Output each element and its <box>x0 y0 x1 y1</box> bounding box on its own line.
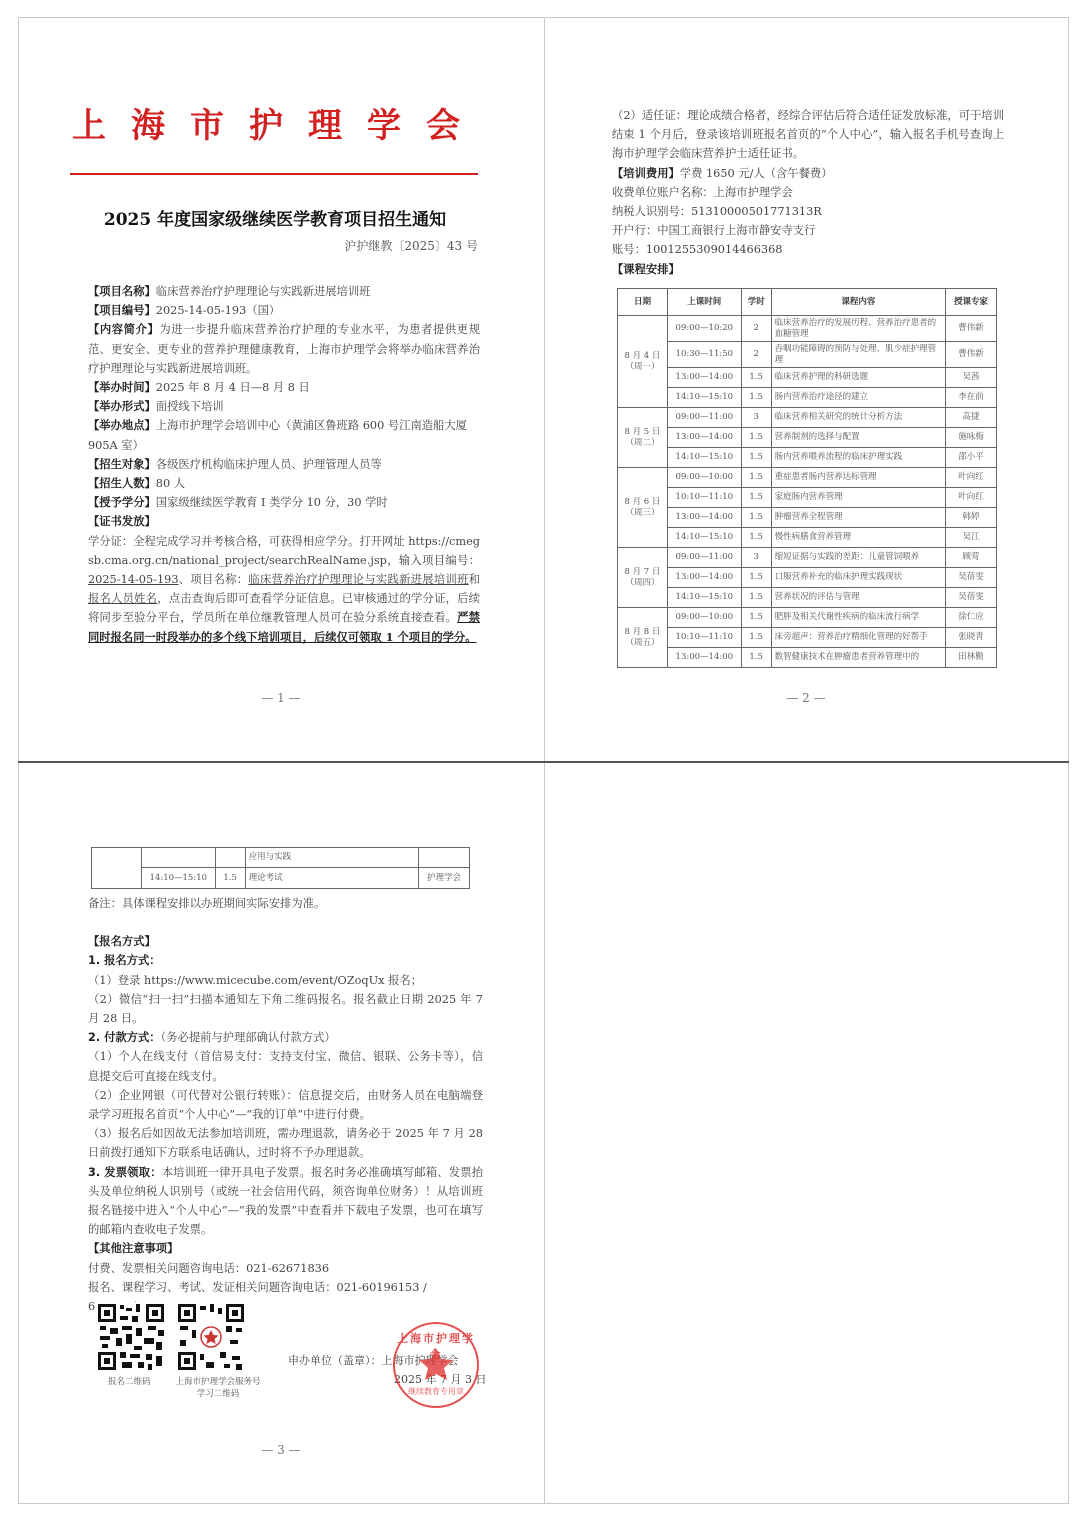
header-date: 日期 <box>618 289 668 316</box>
time-cell: 13:00—14:00 <box>667 368 741 388</box>
expert-cell: 吴蓓雯 <box>946 568 997 588</box>
content-cell: 临床营养治疗的发展历程、营养治疗患者的血糖管理 <box>771 316 945 342</box>
field-format: 【举办形式】面授线下培训 <box>88 397 480 416</box>
content-cell: 营养状况的评估与管理 <box>771 588 945 608</box>
registration-item-1: （1）登录 https://www.micecube.com/event/OZo… <box>88 971 483 990</box>
qr2-caption: 上海市护理学会服务号学习二维码 <box>172 1376 264 1400</box>
hours-cell: 1.5 <box>741 468 771 488</box>
time-cell: 13:00—14:00 <box>667 568 741 588</box>
time-cell: 09:00—10:00 <box>667 468 741 488</box>
registration-method-title: 1. 报名方式： <box>88 951 483 970</box>
expert-cell: 曹伟新 <box>946 316 997 342</box>
content-cell: 肠内营养治疗途径的建立 <box>771 388 945 408</box>
time-cell: 09:00—10:20 <box>667 316 741 342</box>
time-cell: 10:30—11:50 <box>667 342 741 368</box>
expert-cell: 顾莺 <box>946 548 997 568</box>
content-cell: 家庭肠内营养管理 <box>771 488 945 508</box>
training-fee: 【培训费用】学费 1650 元/人（含午餐费） <box>612 164 1004 183</box>
header-hours: 学时 <box>741 289 771 316</box>
document-title: 2025 年度国家级继续医学教育项目招生通知 <box>60 205 490 230</box>
account-number: 账号：1001255309014466368 <box>612 240 1004 259</box>
time-cell: 14:10—15:10 <box>667 448 741 468</box>
content-cell: 吞咽功能障碍的预防与处理、肌少症护理管理 <box>771 342 945 368</box>
time-cell: 13:00—14:00 <box>667 428 741 448</box>
payment-item-1: （1）个人在线支付（首信易支付：支持支付宝、微信、银联、公务卡等），信息提交后可… <box>88 1047 483 1085</box>
page2-info: （2）适任证：理论成绩合格者，经综合评估后符合适任证发放标准，可于培训结束 1 … <box>612 106 1004 279</box>
table-row: 10:30—11:502吞咽功能障碍的预防与处理、肌少症护理管理曹伟新 <box>618 342 997 368</box>
page-4-blank <box>544 762 1069 1504</box>
registration-qr-code[interactable] <box>96 1302 166 1372</box>
field-intro: 【内容简介】为进一步提升临床营养治疗护理的专业水平，为患者提供更规范、更安全、更… <box>88 320 480 378</box>
page-number-2: — 2 — <box>756 691 856 705</box>
content-cell: 缩短证据与实践的差距：儿童管饲喂养 <box>771 548 945 568</box>
table-row: 14:10—15:101.5慢性病膳食营养管理吴江 <box>618 528 997 548</box>
page3-text: 备注：具体课程安排以办班期间实际安排为准。 【报名方式】 1. 报名方式： （1… <box>88 894 483 1316</box>
hours-cell: 1.5 <box>741 528 771 548</box>
expert-cell: 邵小平 <box>946 448 997 468</box>
date-cell: 8 月 4 日（周一） <box>618 316 668 408</box>
table-row: 13:00—14:001.5营养制剂的选择与配置施咏梅 <box>618 428 997 448</box>
table-row: 14:10—15:101.5肠内营养喂养流程的临床护理实践邵小平 <box>618 448 997 468</box>
hours-cell: 1.5 <box>741 448 771 468</box>
expert-cell: 韩婷 <box>946 508 997 528</box>
expert-cell: 施咏梅 <box>946 428 997 448</box>
time-cell: 13:00—14:00 <box>667 648 741 668</box>
hours-cell: 1.5 <box>741 628 771 648</box>
schedule-note: 备注：具体课程安排以办班期间实际安排为准。 <box>88 894 483 913</box>
time-cell: 09:00—11:00 <box>667 408 741 428</box>
content-cell: 慢性病膳食营养管理 <box>771 528 945 548</box>
page-row-divider <box>18 761 1069 763</box>
hours-cell: 1.5 <box>741 568 771 588</box>
certificate-text: 学分证：全程完成学习并考核合格，可获得相应学分。打开网址 https://cme… <box>88 532 480 647</box>
expert-cell: 张晓青 <box>946 628 997 648</box>
field-credits: 【授予学分】国家级继续医学教育 I 类学分 10 分，30 学时 <box>88 493 480 512</box>
expert-cell: 高捷 <box>946 408 997 428</box>
seal-top-text: 上海市护理学会 <box>395 1330 477 1362</box>
table-row: 8 月 8 日（周五）09:00—10:001.5肥胖及相关代谢性疾病的临床流行… <box>618 608 997 628</box>
expert-cell: 吴蓓雯 <box>946 588 997 608</box>
expert-cell: 田林勤 <box>946 648 997 668</box>
time-cell: 09:00—10:00 <box>667 608 741 628</box>
header-time: 上课时间 <box>667 289 741 316</box>
hours-cell: 1.5 <box>741 588 771 608</box>
content-cell: 临床营养护理的科研选题 <box>771 368 945 388</box>
hours-cell: 1.5 <box>741 608 771 628</box>
hours-cell: 1.5 <box>741 648 771 668</box>
official-seal: 上海市护理学会 继续教育专用章 <box>393 1322 479 1408</box>
content-cell: 肥胖及相关代谢性疾病的临床流行病学 <box>771 608 945 628</box>
time-cell: 14:10—15:10 <box>667 588 741 608</box>
project-fields: 【项目名称】临床营养治疗护理理论与实践新进展培训班 【项目编号】2025-14-… <box>88 282 480 647</box>
hours-cell: 1.5 <box>741 388 771 408</box>
content-cell: 床旁超声：营养治疗精细化管理的好帮手 <box>771 628 945 648</box>
date-cell: 8 月 8 日（周五） <box>618 608 668 668</box>
field-certificate: 【证书发放】 <box>88 512 480 531</box>
hours-cell: 1.5 <box>741 368 771 388</box>
field-location: 【举办地点】上海市护理学会培训中心（黄浦区鲁班路 600 号江南造船大厦 905… <box>88 416 480 454</box>
expert-cell: 吴江 <box>946 528 997 548</box>
expert-cell: 吴茜 <box>946 368 997 388</box>
document-number: 沪护继教〔2025〕43 号 <box>290 237 478 254</box>
time-cell: 14:10—15:10 <box>667 388 741 408</box>
table-row: 8 月 6 日（周三）09:00—10:001.5重症患者肠内营养达标管理叶向红 <box>618 468 997 488</box>
time-cell: 13:00—14:00 <box>667 508 741 528</box>
service-account-qr-code[interactable] <box>176 1302 246 1372</box>
expert-cell: 叶向红 <box>946 468 997 488</box>
content-cell: 重症患者肠内营养达标管理 <box>771 468 945 488</box>
expert-cell: 叶向红 <box>946 488 997 508</box>
field-time: 【举办时间】2025 年 8 月 4 日—8 月 8 日 <box>88 378 480 397</box>
hours-cell: 2 <box>741 342 771 368</box>
table-row: 14:10—15:10 1.5 理论考试 护理学会 <box>92 868 470 889</box>
time-cell: 14:10—15:10 <box>667 528 741 548</box>
table-row: 14:10—15:101.5肠内营养治疗途径的建立李在前 <box>618 388 997 408</box>
expert-cell: 徐仁应 <box>946 608 997 628</box>
other-notes-heading: 【其他注意事项】 <box>88 1239 483 1258</box>
invoice-section: 3. 发票领取：本培训班一律开具电子发票。报名时务必准确填写邮箱、发票抬头及单位… <box>88 1163 483 1240</box>
content-cell: 临床营养相关研究的统计分析方法 <box>771 408 945 428</box>
payment-method-title: 2. 付款方式：（务必提前与护理部确认付款方式） <box>88 1028 483 1047</box>
time-cell: 10:10—11:10 <box>667 628 741 648</box>
payment-item-3: （3）报名后如因故无法参加培训班，需办理退款，请务必于 2025 年 7 月 2… <box>88 1124 483 1162</box>
course-schedule-table-continued: 应用与实践 14:10—15:10 1.5 理论考试 护理学会 <box>91 847 470 889</box>
bank: 开户行：中国工商银行上海市静安寺支行 <box>612 221 1004 240</box>
hours-cell: 3 <box>741 548 771 568</box>
registration-item-2: （2）微信“扫一扫”扫描本通知左下角二维码报名。报名截止日期 2025 年 7 … <box>88 990 483 1028</box>
content-cell: 口服营养补充的临床护理实践现状 <box>771 568 945 588</box>
table-row: 13:00—14:001.5肿瘤营养全程管理韩婷 <box>618 508 997 528</box>
date-cell: 8 月 6 日（周三） <box>618 468 668 548</box>
expert-cell: 李在前 <box>946 388 997 408</box>
page-number-1: — 1 — <box>231 691 331 705</box>
qr-code-icon <box>96 1302 166 1372</box>
suitability-certificate: （2）适任证：理论成绩合格者，经综合评估后符合适任证发放标准，可于培训结束 1 … <box>612 106 1004 164</box>
tax-id: 纳税人识别号：51310000501771313R <box>612 202 1004 221</box>
table-row: 14:10—15:101.5营养状况的评估与管理吴蓓雯 <box>618 588 997 608</box>
hours-cell: 1.5 <box>741 428 771 448</box>
letterhead-rule <box>70 173 478 175</box>
content-cell: 肿瘤营养全程管理 <box>771 508 945 528</box>
schedule-heading: 【课程安排】 <box>612 260 1004 279</box>
table-row: 13:00—14:001.5数智健康技术在肿瘤患者营养管理中的田林勤 <box>618 648 997 668</box>
registration-heading: 【报名方式】 <box>88 932 483 951</box>
header-expert: 授课专家 <box>946 289 997 316</box>
time-cell: 09:00—11:00 <box>667 548 741 568</box>
hours-cell: 1.5 <box>741 488 771 508</box>
account-name: 收费单位账户名称：上海市护理学会 <box>612 183 1004 202</box>
table-row: 10:10—11:101.5家庭肠内营养管理叶向红 <box>618 488 997 508</box>
field-project-name: 【项目名称】临床营养治疗护理理论与实践新进展培训班 <box>88 282 480 301</box>
course-schedule-table: 日期 上课时间 学时 课程内容 授课专家 8 月 4 日（周一）09:00—10… <box>617 288 997 668</box>
field-enrollment: 【招生人数】80 人 <box>88 474 480 493</box>
content-cell: 数智健康技术在肿瘤患者营养管理中的 <box>771 648 945 668</box>
date-cell: 8 月 7 日（周四） <box>618 548 668 608</box>
table-row: 10:10—11:101.5床旁超声：营养治疗精细化管理的好帮手张晓青 <box>618 628 997 648</box>
time-cell: 10:10—11:10 <box>667 488 741 508</box>
seal-bottom-text: 继续教育专用章 <box>395 1386 477 1397</box>
field-project-number: 【项目编号】2025-14-05-193（国） <box>88 301 480 320</box>
table-header-row: 日期 上课时间 学时 课程内容 授课专家 <box>618 289 997 316</box>
contact-payment: 付费、发票相关问题咨询电话：021-62671836 <box>88 1259 483 1278</box>
header-content: 课程内容 <box>771 289 945 316</box>
table-row: 8 月 5 日（周二）09:00—11:003临床营养相关研究的统计分析方法高捷 <box>618 408 997 428</box>
table-row: 13:00—14:001.5临床营养护理的科研选题吴茜 <box>618 368 997 388</box>
hours-cell: 3 <box>741 408 771 428</box>
content-cell: 肠内营养喂养流程的临床护理实践 <box>771 448 945 468</box>
content-cell: 营养制剂的选择与配置 <box>771 428 945 448</box>
page-number-3: — 3 — <box>231 1443 331 1457</box>
qr1-caption: 报名二维码 <box>108 1376 151 1388</box>
table-row: 8 月 4 日（周一）09:00—10:202临床营养治疗的发展历程、营养治疗患… <box>618 316 997 342</box>
table-row: 13:00—14:001.5口服营养补充的临床护理实践现状吴蓓雯 <box>618 568 997 588</box>
expert-cell: 曹伟新 <box>946 342 997 368</box>
payment-item-2: （2）企业网银（可代替对公银行转账）：信息提交后，由财务人员在电脑端登录学习班报… <box>88 1086 483 1124</box>
date-cell: 8 月 5 日（周二） <box>618 408 668 468</box>
hours-cell: 1.5 <box>741 508 771 528</box>
field-audience: 【招生对象】各级医疗机构临床护理人员、护理管理人员等 <box>88 455 480 474</box>
table-row: 8 月 7 日（周四）09:00—11:003缩短证据与实践的差距：儿童管饲喂养… <box>618 548 997 568</box>
org-letterhead: 上海市护理学会 <box>72 98 472 147</box>
table-row: 应用与实践 <box>92 848 470 868</box>
qr-code-icon <box>176 1302 246 1372</box>
hours-cell: 2 <box>741 316 771 342</box>
